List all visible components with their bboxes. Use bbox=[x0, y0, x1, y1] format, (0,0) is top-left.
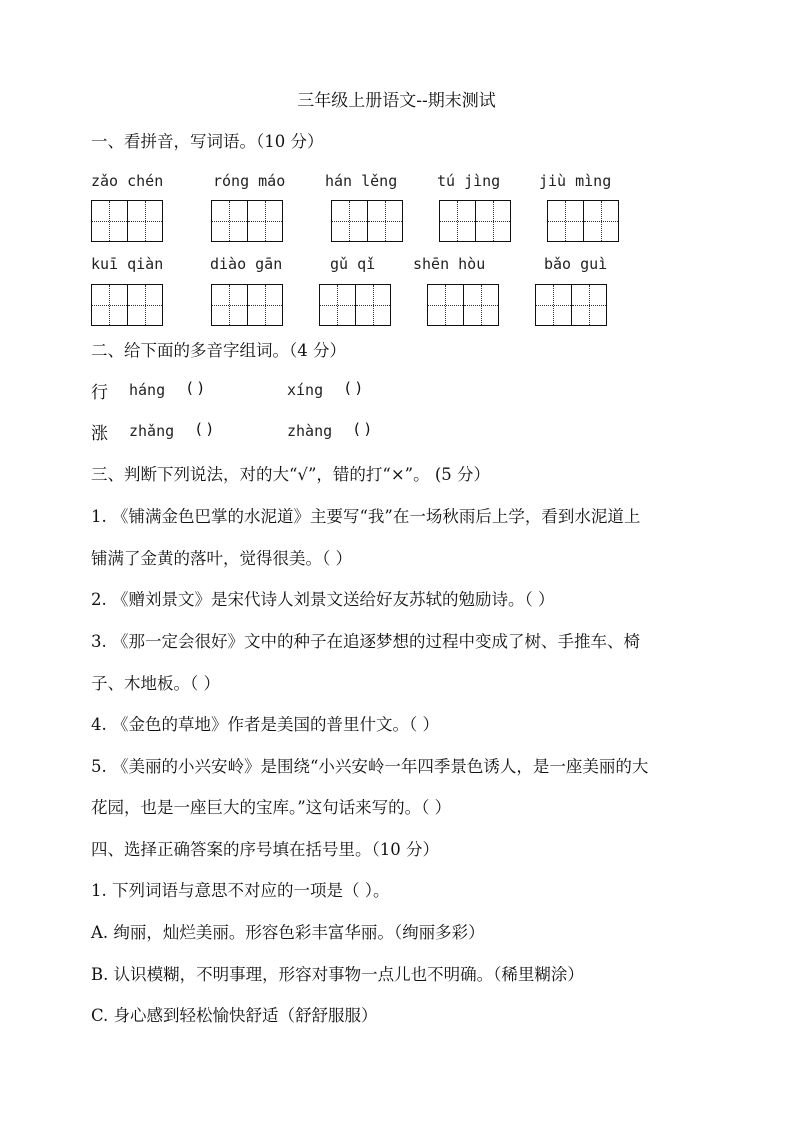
writing-grid[interactable] bbox=[439, 200, 511, 242]
pinyin-label: diào gān bbox=[210, 255, 282, 273]
polyphone-pinyin: háng bbox=[129, 381, 165, 399]
polyphone-pinyin: zhǎng bbox=[129, 422, 174, 440]
grid-cell[interactable] bbox=[536, 285, 571, 325]
pinyin-label: róng máo bbox=[213, 172, 285, 190]
grid-cell[interactable] bbox=[332, 201, 367, 241]
grid-cell[interactable] bbox=[583, 201, 619, 241]
grid-cell[interactable] bbox=[127, 201, 163, 241]
question-line: 1. 《铺满金色巴掌的水泥道》主要写“我”在一场秋雨后上学，看到水泥道上 bbox=[91, 503, 640, 527]
writing-grid[interactable] bbox=[211, 200, 283, 242]
question-line: 子、木地板。（ ） bbox=[91, 670, 220, 694]
grid-cell[interactable] bbox=[212, 201, 247, 241]
polyphone-char: 涨 bbox=[91, 419, 108, 444]
polyphone-pinyin: xíng bbox=[287, 381, 323, 399]
writing-grid[interactable] bbox=[331, 200, 403, 242]
option-a: A. 绚丽，灿烂美丽。形容色彩丰富华丽。（绚丽多彩） bbox=[91, 919, 485, 943]
section-1-heading: 一、看拼音，写词语。（10 分） bbox=[91, 128, 324, 152]
page-title: 三年级上册语文--期末测试 bbox=[0, 86, 793, 111]
pinyin-label: gǔ qǐ bbox=[330, 255, 375, 273]
writing-grid[interactable] bbox=[211, 284, 283, 326]
section-4-heading: 四、选择正确答案的序号填在括号里。（10 分） bbox=[91, 836, 439, 860]
writing-grid[interactable] bbox=[91, 284, 163, 326]
polyphone-pinyin: zhàng bbox=[287, 422, 332, 440]
question-line: 5. 《美丽的小兴安岭》是围绕“小兴安岭一年四季景色诱人，是一座美丽的大 bbox=[91, 753, 648, 777]
pinyin-label: hán lěng bbox=[325, 172, 397, 190]
pinyin-label: kuī qiàn bbox=[91, 255, 163, 273]
writing-grid[interactable] bbox=[91, 200, 163, 242]
grid-cell[interactable] bbox=[355, 285, 391, 325]
grid-cell[interactable] bbox=[247, 285, 283, 325]
writing-grid[interactable] bbox=[427, 284, 499, 326]
grid-cell[interactable] bbox=[247, 201, 283, 241]
pinyin-label: bǎo guì bbox=[544, 255, 607, 273]
writing-grid[interactable] bbox=[319, 284, 391, 326]
section-2-heading: 二、给下面的多音字组词。（4 分） bbox=[91, 337, 346, 361]
question-line: 铺满了金黄的落叶，觉得很美。（ ） bbox=[91, 545, 352, 569]
answer-blank[interactable]: ( ) bbox=[187, 379, 203, 397]
pinyin-label: tú jìng bbox=[437, 172, 500, 190]
grid-cell[interactable] bbox=[571, 285, 607, 325]
grid-cell[interactable] bbox=[212, 285, 247, 325]
grid-cell[interactable] bbox=[92, 285, 127, 325]
pinyin-label: shēn hòu bbox=[413, 255, 485, 273]
writing-grid[interactable] bbox=[535, 284, 607, 326]
answer-blank[interactable]: ( ) bbox=[354, 420, 370, 438]
grid-cell[interactable] bbox=[127, 285, 163, 325]
grid-cell[interactable] bbox=[428, 285, 463, 325]
grid-cell[interactable] bbox=[92, 201, 127, 241]
grid-cell[interactable] bbox=[320, 285, 355, 325]
grid-cell[interactable] bbox=[475, 201, 511, 241]
question-line: 3. 《那一定会很好》文中的种子在追逐梦想的过程中变成了树、手推车、椅 bbox=[91, 628, 640, 652]
writing-grid[interactable] bbox=[547, 200, 619, 242]
pinyin-label: jiù mìng bbox=[539, 172, 611, 190]
pinyin-label: zǎo chén bbox=[91, 172, 163, 190]
answer-blank[interactable]: ( ) bbox=[196, 420, 212, 438]
polyphone-char: 行 bbox=[91, 378, 108, 403]
option-c: C. 身心感到轻松愉快舒适（舒舒服服） bbox=[91, 1002, 378, 1026]
answer-blank[interactable]: ( ) bbox=[345, 379, 361, 397]
question-line: 花园，也是一座巨大的宝库。”这句话来写的。（ ） bbox=[91, 794, 451, 818]
question-line: 4. 《金色的草地》作者是美国的普里什文。（ ） bbox=[91, 711, 439, 735]
section-3-heading: 三、判断下列说法，对的大“√”，错的打“×”。 (5 分） bbox=[91, 461, 490, 485]
question-line: 1. 下列词语与意思不对应的一项是（ ）。 bbox=[91, 877, 389, 901]
grid-cell[interactable] bbox=[367, 201, 403, 241]
grid-cell[interactable] bbox=[463, 285, 499, 325]
grid-cell[interactable] bbox=[440, 201, 475, 241]
grid-cell[interactable] bbox=[548, 201, 583, 241]
question-line: 2. 《赠刘景文》是宋代诗人刘景文送给好友苏轼的勉励诗。（ ） bbox=[91, 586, 554, 610]
option-b: B. 认识模糊，不明事理，形容对事物一点儿也不明确。（稀里糊涂） bbox=[91, 961, 584, 985]
